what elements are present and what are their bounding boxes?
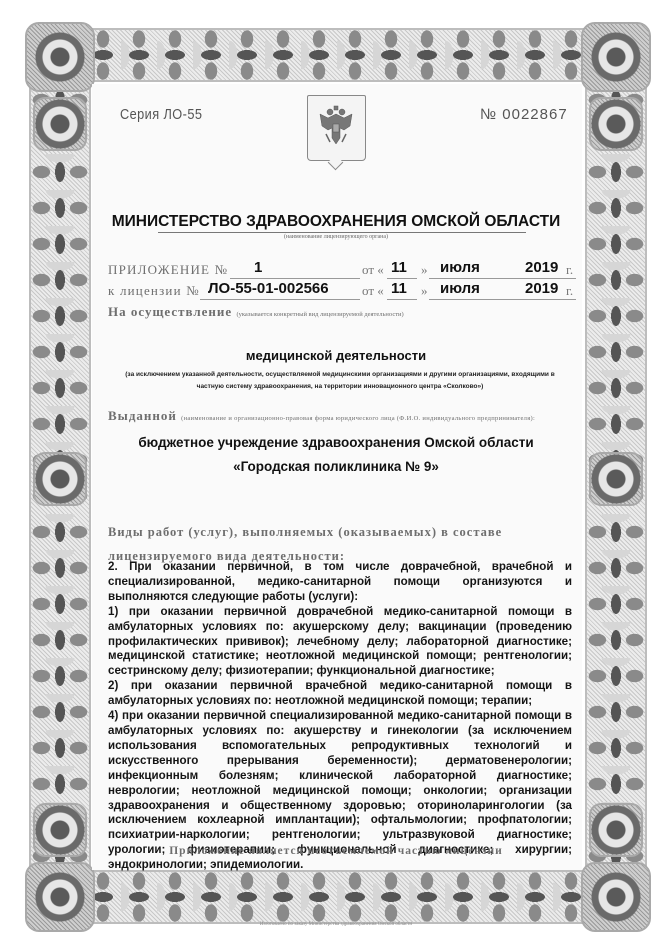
side-rosette	[589, 97, 643, 151]
works-list: 2. При оказании первичной, в том числе д…	[108, 560, 572, 873]
issued-to-label-line: Выданной (наименование и организационно-…	[108, 407, 578, 428]
activity-label: На осуществление	[108, 304, 232, 319]
border-bottom	[85, 870, 591, 924]
underline	[429, 278, 576, 279]
coat-of-arms-emblem	[307, 95, 366, 161]
organization-name-line2: «Городская поликлиника № 9»	[0, 459, 672, 474]
activity-hint: (указывается конкретный вид лицензируемо…	[236, 311, 403, 318]
underline	[387, 278, 417, 279]
works-paragraph: 2. При оказании первичной, в том числе д…	[108, 560, 572, 605]
double-headed-eagle-icon	[318, 104, 354, 150]
works-paragraph: 1) при оказании первичной доврачебной ме…	[108, 605, 572, 680]
border-top	[85, 28, 591, 82]
licensing-authority-hint: (наименование лицензирующего органа)	[0, 234, 672, 240]
licensing-authority: МИНИСТЕРСТВО ЗДРАВООХРАНЕНИЯ ОМСКОЙ ОБЛА…	[0, 213, 672, 231]
activity-label-line: На осуществление (указывается конкретный…	[108, 304, 404, 320]
appendix-row: ПРИЛОЖЕНИЕ № 1 от « 11 » июля 2019 г.	[108, 259, 582, 279]
license-day: 11	[391, 280, 407, 297]
appendix-integral-note: Приложение является неотъемлемой частью …	[0, 845, 672, 857]
corner-rosette	[581, 22, 651, 92]
underline	[200, 299, 360, 300]
appendix-day: 11	[391, 259, 407, 276]
year-suffix: г.	[566, 283, 573, 299]
series-label: Серия ЛО-55	[120, 106, 202, 123]
issued-to-hint: (наименование и организационно-правовая …	[181, 415, 535, 422]
quote-close: »	[421, 283, 428, 299]
underline	[387, 299, 417, 300]
year-suffix: г.	[566, 262, 573, 278]
from-label: от «	[362, 283, 384, 299]
side-rosette	[33, 97, 87, 151]
underline	[429, 299, 576, 300]
license-year: 2019	[525, 280, 558, 297]
underline	[158, 232, 526, 233]
appendix-month: июля	[440, 259, 480, 276]
form-number: № 0022867	[480, 106, 568, 123]
from-label: от «	[362, 262, 384, 278]
issued-to-label: Выданной	[108, 408, 177, 423]
license-label: к лицензии №	[108, 283, 200, 299]
activity-note: (за исключением указанной деятельности, …	[115, 369, 565, 393]
underline	[230, 278, 360, 279]
license-month: июля	[440, 280, 480, 297]
appendix-year: 2019	[525, 259, 558, 276]
corner-rosette	[25, 22, 95, 92]
license-row: к лицензии № ЛО-55-01-002566 от « 11 » и…	[108, 280, 582, 300]
appendix-label: ПРИЛОЖЕНИЕ №	[108, 262, 228, 278]
activity-value: медицинской деятельности	[0, 348, 672, 363]
organization-name-line1: бюджетное учреждение здравоохранения Омс…	[0, 435, 672, 450]
license-number: ЛО-55-01-002566	[208, 280, 329, 297]
printer-imprint: Изготовлено по заказу Министерства здрав…	[0, 922, 672, 927]
appendix-number: 1	[254, 259, 262, 276]
quote-close: »	[421, 262, 428, 278]
works-paragraph: 2) при оказании первичной врачебной меди…	[108, 679, 572, 709]
